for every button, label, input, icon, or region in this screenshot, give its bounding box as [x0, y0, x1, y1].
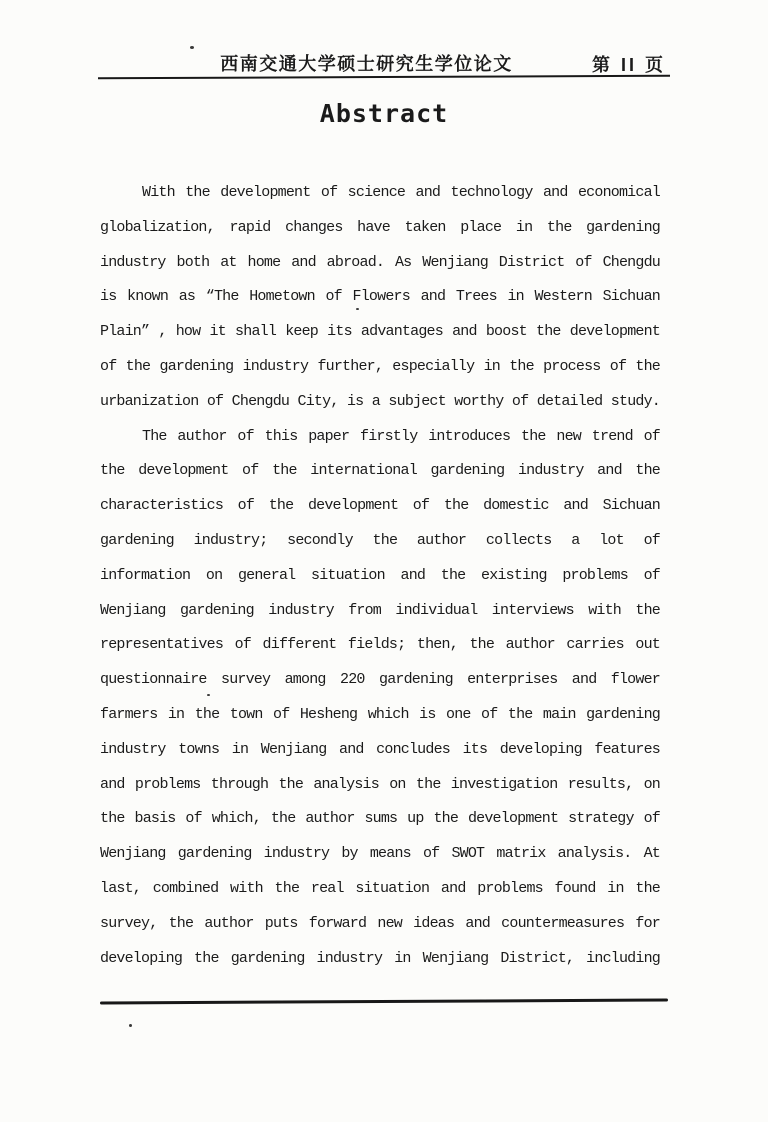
text-line: farmers in the town of Hesheng which is …: [100, 698, 660, 733]
scan-artifact-dot: [129, 1024, 132, 1027]
footer-rule: [100, 999, 668, 1005]
text-line: developing the gardening industry in Wen…: [100, 942, 660, 977]
abstract-paragraph: With the development of science and tech…: [100, 176, 660, 420]
text-line: the development of the international gar…: [100, 454, 660, 489]
text-line: representatives of different fields; the…: [100, 628, 660, 663]
text-line: of the gardening industry further, espec…: [100, 350, 660, 385]
abstract-title: Abstract: [0, 99, 768, 128]
scan-artifact-dot: [190, 46, 194, 49]
thesis-header-title: 西南交通大学硕士研究生学位论文: [220, 50, 513, 76]
text-line: globalization, rapid changes have taken …: [100, 211, 660, 246]
text-line: With the development of science and tech…: [100, 176, 660, 211]
text-line: industry both at home and abroad. As Wen…: [100, 246, 660, 281]
text-line: Wenjiang gardening industry by means of …: [100, 837, 660, 872]
thesis-page: 西南交通大学硕士研究生学位论文 第 II 页 Abstract With the…: [0, 0, 768, 1122]
text-line: questionnaire survey among 220 gardening…: [100, 663, 660, 698]
page-number-label: 第 II 页: [592, 51, 666, 77]
text-line: characteristics of the development of th…: [100, 489, 660, 524]
text-line: urbanization of Chengdu City, is a subje…: [100, 385, 660, 420]
text-line: last, combined with the real situation a…: [100, 872, 660, 907]
text-line: Wenjiang gardening industry from individ…: [100, 594, 660, 629]
text-line: Plain” , how it shall keep its advantage…: [100, 315, 660, 350]
text-line: is known as “The Hometown of Flowers and…: [100, 280, 660, 315]
text-line: the basis of which, the author sums up t…: [100, 802, 660, 837]
page-header: 西南交通大学硕士研究生学位论文 第 II 页: [100, 50, 668, 76]
scan-artifact-dot: [207, 694, 210, 696]
text-line: industry towns in Wenjiang and concludes…: [100, 733, 660, 768]
text-line: and problems through the analysis on the…: [100, 768, 660, 803]
abstract-paragraph: The author of this paper firstly introdu…: [100, 420, 660, 977]
text-line: The author of this paper firstly introdu…: [100, 420, 660, 455]
text-line: survey, the author puts forward new idea…: [100, 907, 660, 942]
text-line: information on general situation and the…: [100, 559, 660, 594]
abstract-body: With the development of science and tech…: [100, 176, 660, 976]
scan-artifact-dot: [356, 308, 359, 310]
text-line: gardening industry; secondly the author …: [100, 524, 660, 559]
